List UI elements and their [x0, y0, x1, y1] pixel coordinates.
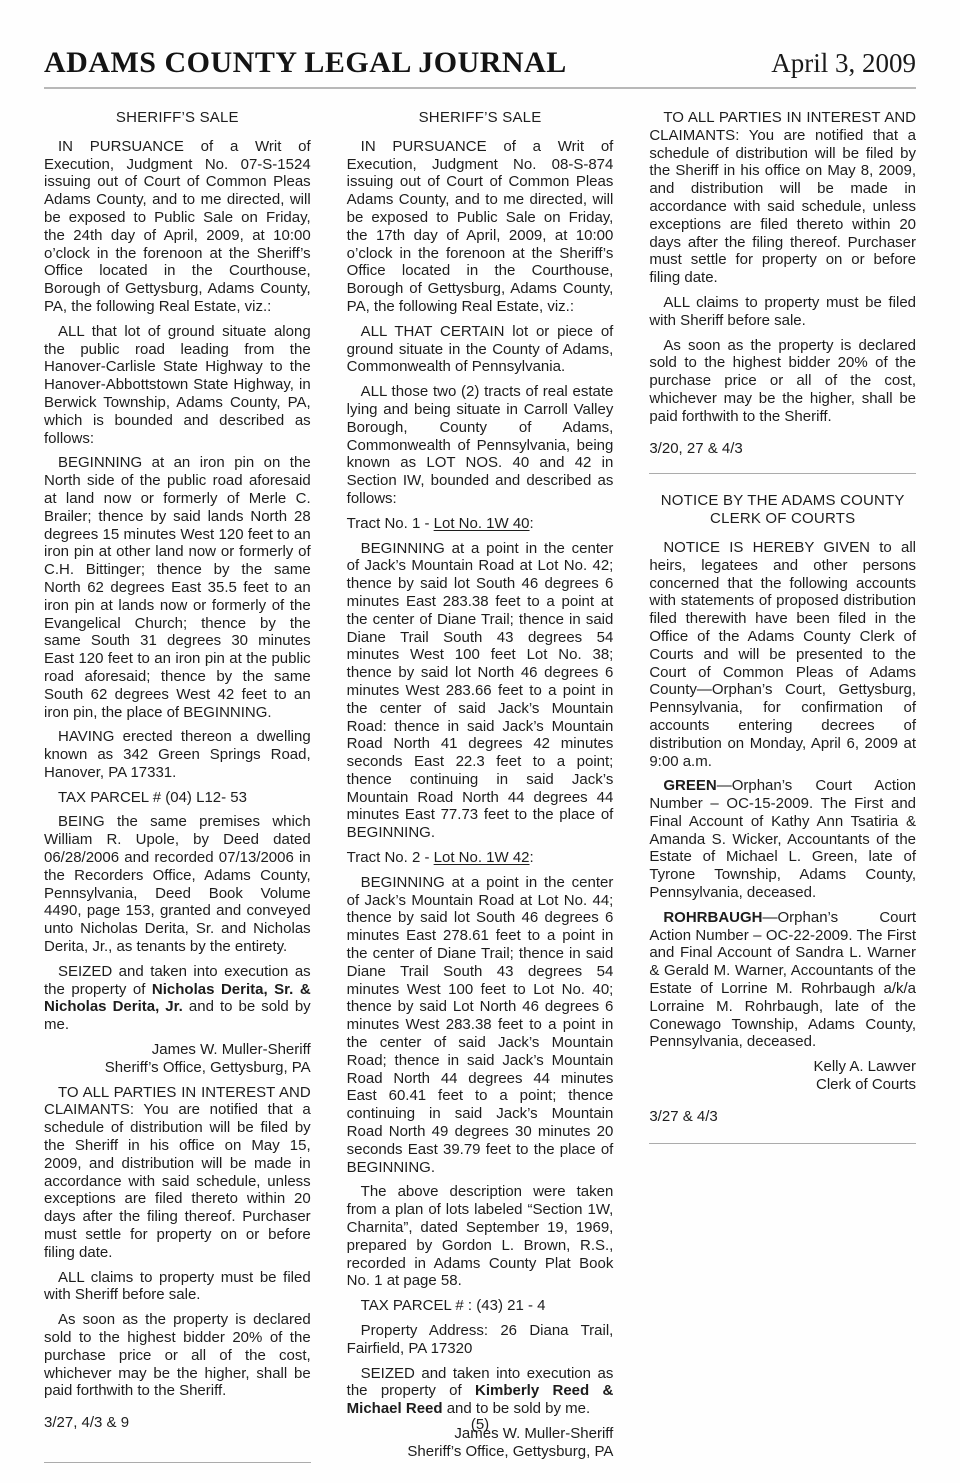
clerk-notice-heading-line2: CLERK OF COURTS	[649, 510, 916, 528]
column-2: SHERIFF’S SALE IN PURSUANCE of a Writ of…	[347, 109, 614, 1468]
lot-description-paragraph: ALL that lot of ground situate along the…	[44, 323, 311, 448]
sheriffs-sale-heading-1: SHERIFF’S SALE	[44, 109, 311, 127]
section-divider-rule	[44, 1462, 311, 1463]
tract2-subheading: Tract No. 2 - Lot No. 1W 42:	[347, 849, 614, 867]
tract1-lot-label: Lot No. 1W 40	[434, 515, 530, 532]
claims-paragraph: ALL claims to property must be filed wit…	[44, 1269, 311, 1305]
page-number: (5)	[0, 1416, 960, 1433]
tax-parcel-line: TAX PARCEL # (04) L12- 53	[44, 789, 311, 807]
clerk-notice-heading: NOTICE BY THE ADAMS COUNTY CLERK OF COUR…	[649, 492, 916, 528]
dwelling-paragraph: HAVING erected thereon a dwelling known …	[44, 728, 311, 781]
section-divider-rule	[649, 1143, 916, 1144]
sheriffs-sale-heading-2: SHERIFF’S SALE	[347, 109, 614, 127]
certain-lot-paragraph: ALL THAT CERTAIN lot or piece of ground …	[347, 323, 614, 376]
column-3: TO ALL PARTIES IN INTEREST AND CLAIMANTS…	[649, 109, 916, 1468]
text-segment: :	[530, 849, 534, 866]
column-1: SHERIFF’S SALE IN PURSUANCE of a Writ of…	[44, 109, 311, 1468]
seized-paragraph: SEIZED and taken into execution as the p…	[44, 963, 311, 1034]
deed-history-paragraph: BEING the same premises which William R.…	[44, 813, 311, 955]
clerk-notice-heading-line1: NOTICE BY THE ADAMS COUNTY	[649, 492, 916, 510]
text-segment: Tract No. 2 -	[347, 849, 434, 866]
bidder-paragraph: As soon as the property is declared sold…	[44, 1311, 311, 1400]
property-address-line: Property Address: 26 Diana Trail, Fairfi…	[347, 1322, 614, 1358]
text-segment: —Orphan’s Court Action Number – OC-15-20…	[649, 777, 916, 901]
tracts-paragraph: ALL those two (2) tracts of real estate …	[347, 383, 614, 508]
plan-source-paragraph: The above description were taken from a …	[347, 1183, 614, 1290]
publication-dateline: 3/27 & 4/3	[649, 1108, 916, 1126]
parties-notice-paragraph: TO ALL PARTIES IN INTEREST AND CLAIMANTS…	[649, 109, 916, 287]
writ-paragraph: IN PURSUANCE of a Writ of Execution, Jud…	[44, 138, 311, 316]
metes-bounds-paragraph: BEGINNING at an iron pin on the North si…	[44, 454, 311, 721]
publication-dateline: 3/20, 27 & 4/3	[649, 440, 916, 458]
text-segment: —Orphan’s Court Action Number – OC-22-20…	[649, 909, 916, 1051]
journal-title: ADAMS COUNTY LEGAL JOURNAL	[44, 46, 567, 80]
seized-paragraph: SEIZED and taken into execution as the p…	[347, 1365, 614, 1418]
sheriff-office: Sheriff’s Office, Gettysburg, PA	[347, 1443, 614, 1461]
sheriff-name: James W. Muller-Sheriff	[44, 1041, 311, 1059]
text-segment: Tract No. 1 -	[347, 515, 434, 532]
section-divider-rule	[649, 473, 916, 474]
masthead: ADAMS COUNTY LEGAL JOURNAL April 3, 2009	[44, 46, 916, 80]
tax-parcel-line: TAX PARCEL # : (43) 21 - 4	[347, 1297, 614, 1315]
estate-name: GREEN	[663, 777, 716, 794]
text-segment: and to be sold by me.	[443, 1400, 591, 1417]
bidder-paragraph: As soon as the property is declared sold…	[649, 337, 916, 426]
tract1-subheading: Tract No. 1 - Lot No. 1W 40:	[347, 515, 614, 533]
tract1-metes-bounds-paragraph: BEGINNING at a point in the center of Ja…	[347, 540, 614, 843]
sheriff-signature-block: James W. Muller-Sheriff Sheriff’s Office…	[44, 1041, 311, 1077]
writ-paragraph: IN PURSUANCE of a Writ of Execution, Jud…	[347, 138, 614, 316]
clerk-title: Clerk of Courts	[649, 1076, 916, 1094]
column-layout: SHERIFF’S SALE IN PURSUANCE of a Writ of…	[44, 109, 916, 1468]
journal-page: ADAMS COUNTY LEGAL JOURNAL April 3, 2009…	[0, 0, 960, 1483]
parties-notice-paragraph: TO ALL PARTIES IN INTEREST AND CLAIMANTS…	[44, 1084, 311, 1262]
clerk-notice-paragraph: NOTICE IS HEREBY GIVEN to all heirs, leg…	[649, 539, 916, 770]
estate-entry-green: GREEN—Orphan’s Court Action Number – OC-…	[649, 777, 916, 902]
text-segment: :	[530, 515, 534, 532]
clerk-signature-block: Kelly A. Lawver Clerk of Courts	[649, 1058, 916, 1094]
issue-date: April 3, 2009	[771, 48, 916, 79]
sheriff-office: Sheriff’s Office, Gettysburg, PA	[44, 1059, 311, 1077]
estate-entry-rohrbaugh: ROHRBAUGH—Orphan’s Court Action Number –…	[649, 909, 916, 1051]
claims-paragraph: ALL claims to property must be filed wit…	[649, 294, 916, 330]
clerk-name: Kelly A. Lawver	[649, 1058, 916, 1076]
masthead-rule	[44, 87, 916, 89]
tract2-metes-bounds-paragraph: BEGINNING at a point in the center of Ja…	[347, 874, 614, 1177]
estate-name: ROHRBAUGH	[663, 909, 762, 926]
tract2-lot-label: Lot No. 1W 42	[434, 849, 530, 866]
